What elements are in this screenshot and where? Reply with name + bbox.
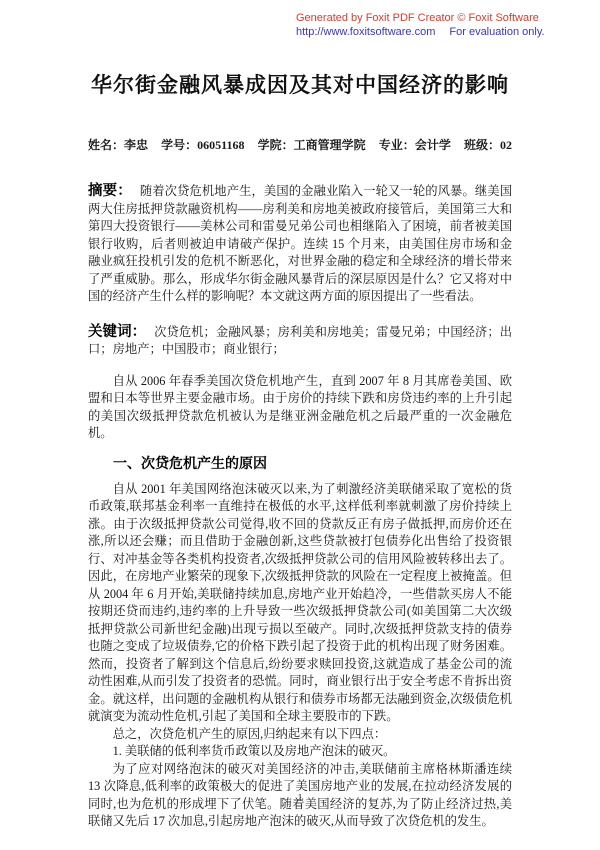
author-field-major: 专业：会计学: [379, 136, 451, 153]
keywords-paragraph: 关键词：次贷危机；金融风暴；房利美和房地美；雷曼兄弟；中国经济；出口；房地产；中…: [88, 324, 512, 359]
author-name-value: 李忠: [124, 138, 148, 152]
author-field-college: 学院：工商管理学院: [258, 136, 366, 153]
page-title: 华尔街金融风暴成因及其对中国经济的影响: [88, 72, 512, 100]
page-number: 1: [0, 792, 600, 804]
section-1-paragraph: 自从 2001 年美国网络泡沫破灭以来,为了刺激经济美联储采取了宽松的货币政策,…: [88, 481, 512, 726]
class-label: 班级：: [464, 138, 500, 152]
reason-item-1: 1. 美联储的低利率货币政策以及房地产泡沫的破灭。: [88, 743, 512, 761]
abstract-paragraph: 摘要：随着次贷危机地产生，美国的金融业陷入一轮又一轮的风暴。继美国两大住房抵押贷…: [88, 183, 512, 306]
abstract-label: 摘要：: [88, 183, 132, 199]
college-label: 学院：: [258, 138, 294, 152]
summary-line: 总之，次贷危机产生的原因,归纳起来有以下四点：: [88, 726, 512, 744]
student-id-label: 学号：: [161, 138, 197, 152]
section-1-heading: 一、次贷危机产生的原因: [113, 453, 512, 473]
intro-paragraph: 自从 2006 年春季美国次贷危机地产生，直到 2007 年 8 月其席卷美国、…: [88, 373, 512, 443]
major-label: 专业：: [379, 138, 415, 152]
document-page: Generated by Foxit PDF Creator © Foxit S…: [0, 0, 600, 850]
student-id-value: 06051168: [197, 138, 244, 152]
college-value: 工商管理学院: [294, 138, 366, 152]
abstract-text: 随着次贷危机地产生，美国的金融业陷入一轮又一轮的风暴。继美国两大住房抵押贷款融资…: [88, 184, 512, 303]
major-value: 会计学: [415, 138, 451, 152]
keywords-text: 次贷危机；金融风暴；房利美和房地美；雷曼兄弟；中国经济；出口；房地产；中国股市；…: [88, 325, 512, 357]
document-content: 华尔街金融风暴成因及其对中国经济的影响 姓名：李忠 学号：06051168 学院…: [0, 0, 600, 831]
author-name-label: 姓名：: [88, 138, 124, 152]
keywords-label: 关键词：: [88, 324, 146, 340]
class-value: 02: [500, 138, 512, 152]
author-field-student-id: 学号：06051168: [161, 136, 244, 153]
author-field-class: 班级：02: [464, 136, 512, 153]
author-info: 姓名：李忠 学号：06051168 学院：工商管理学院 专业：会计学 班级：02: [88, 136, 512, 153]
author-field-name: 姓名：李忠: [88, 136, 148, 153]
